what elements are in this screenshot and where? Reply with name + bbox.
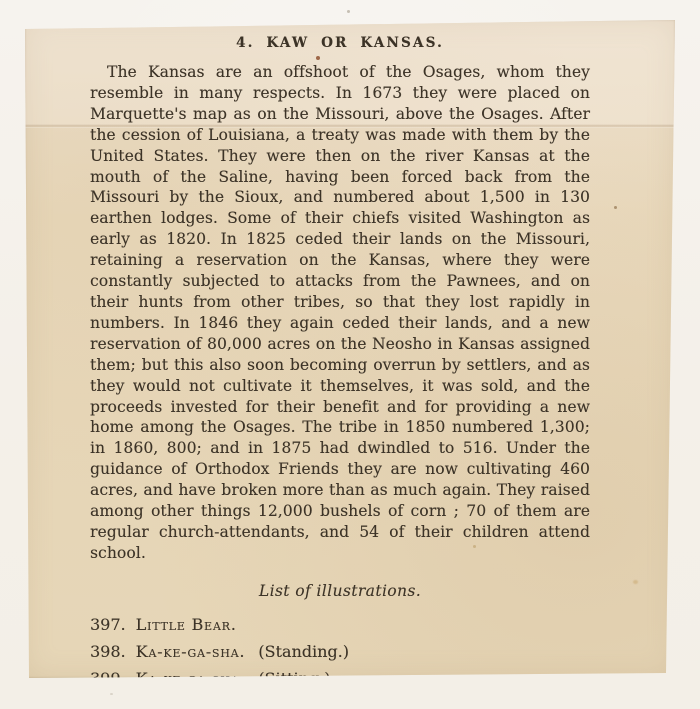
illustration-item: 398.Ka-ke-ga-sha.(Standing.): [90, 638, 590, 665]
foxing-speck: [473, 545, 476, 548]
illustration-number: 397.: [90, 611, 126, 638]
newspaper-clipping: 4. KAW OR KANSAS. The Kansas are an offs…: [25, 20, 675, 678]
illustration-name: Ka-ke-ga-sha.: [136, 642, 246, 661]
illustration-item: 399.Ka-ke-ga-sha.(Sitting.): [90, 665, 590, 692]
illustration-note: (Standing.): [258, 642, 349, 661]
foxing-speck: [633, 580, 638, 584]
illustrations-heading: List of illustrations.: [90, 582, 590, 600]
illustrations-list: 397.Little Bear. 398.Ka-ke-ga-sha.(Stand…: [90, 611, 590, 692]
dust-speck: [110, 693, 113, 695]
illustration-item: 397.Little Bear.: [90, 611, 590, 638]
section-title: 4. KAW OR KANSAS.: [90, 34, 590, 52]
foxing-speck: [614, 206, 617, 209]
illustration-number: 399.: [90, 665, 126, 692]
dust-speck: [347, 10, 350, 13]
illustration-name: Ka-ke-ga-sha.: [136, 669, 246, 688]
clipping-content: 4. KAW OR KANSAS. The Kansas are an offs…: [25, 20, 675, 692]
illustration-number: 398.: [90, 638, 126, 665]
body-paragraph: The Kansas are an offshoot of the Osages…: [90, 62, 590, 564]
scanned-page: 4. KAW OR KANSAS. The Kansas are an offs…: [0, 0, 700, 709]
foxing-speck: [316, 56, 320, 60]
illustration-note: (Sitting.): [258, 669, 330, 688]
illustration-name: Little Bear.: [136, 615, 237, 634]
